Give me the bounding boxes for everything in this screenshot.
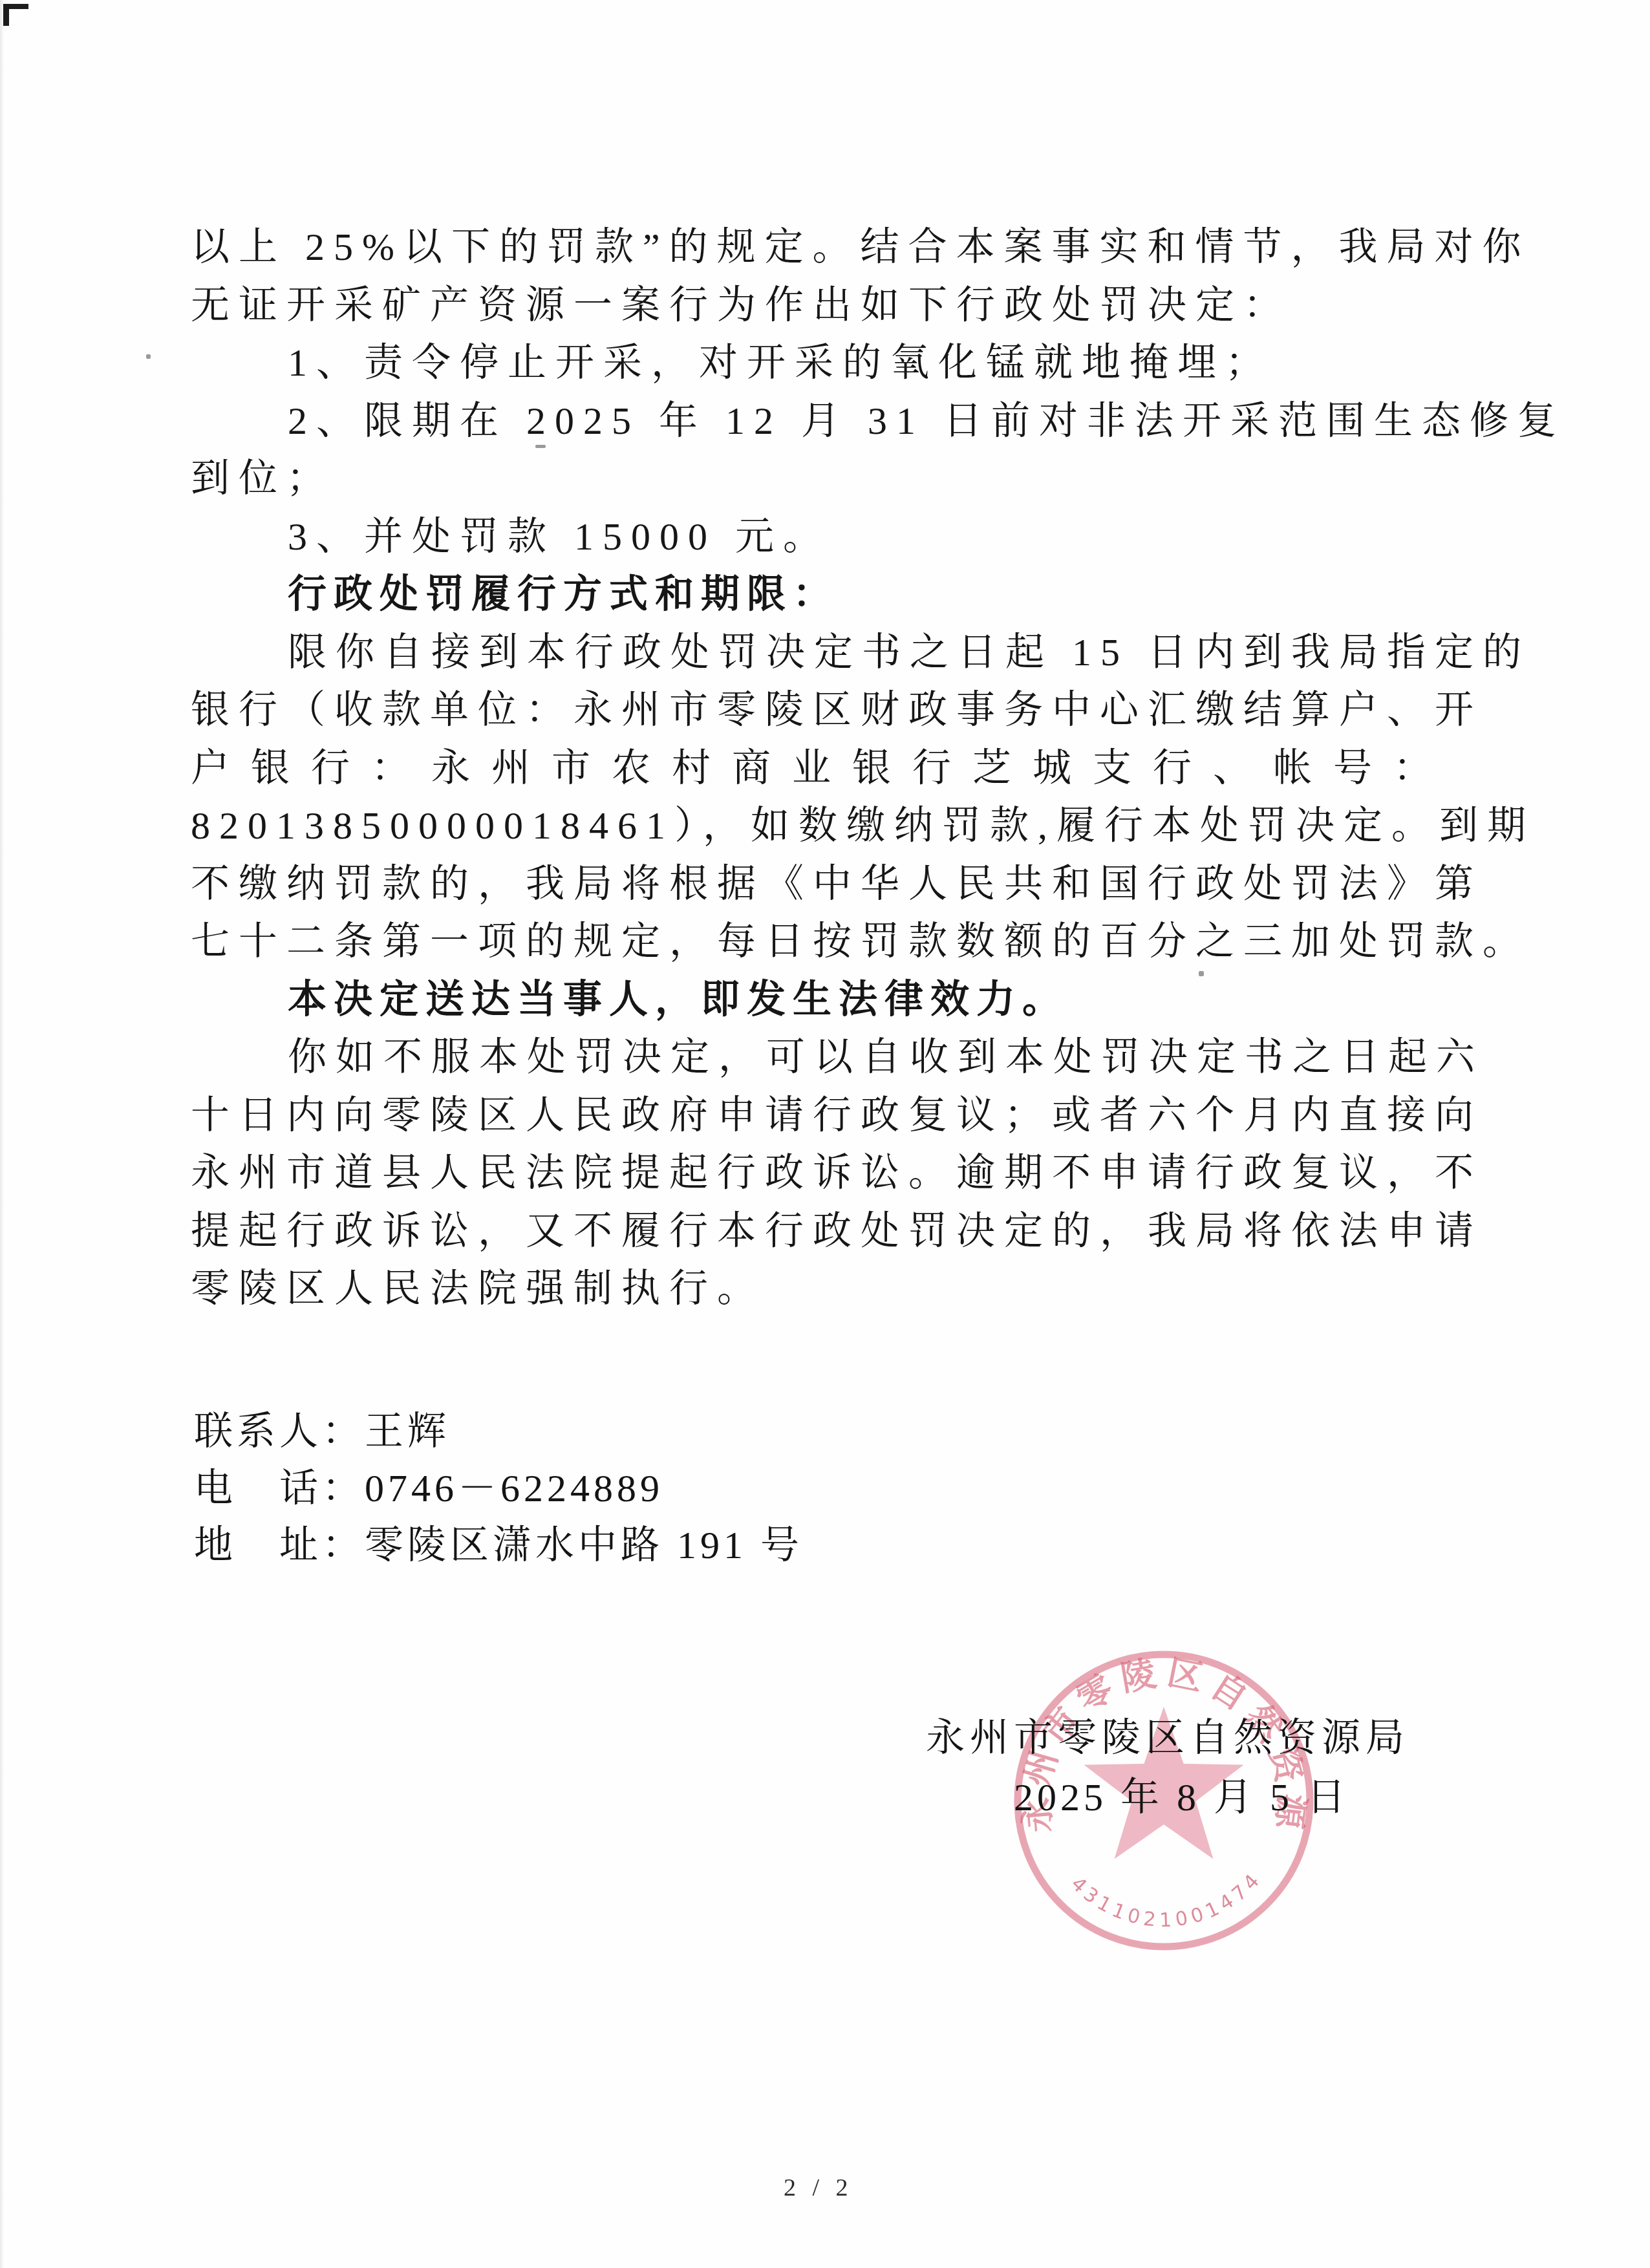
body-line: 零陵区人民法院强制执行。	[191, 1260, 1468, 1318]
body-line-bank-account: 户银行：永州市农村商业银行芝城支行、帐号：	[191, 740, 1468, 798]
body-line: 不缴纳罚款的，我局将根据《中华人民共和国行政处罚法》第	[191, 855, 1468, 914]
decision-body-text: 以上 25%以下的罚款”的规定。结合本案事实和情节，我局对你 无证开采矿产资源一…	[191, 219, 1468, 1318]
body-line: 银行（收款单位：永州市零陵区财政事务中心汇缴结算户、开	[191, 681, 1468, 740]
scan-edge-shadow	[0, 0, 4, 2268]
body-line: 无证开采矿产资源一案行为作出如下行政处罚决定：	[191, 277, 1468, 335]
body-line: 你如不服本处罚决定，可以自收到本处罚决定书之日起六	[191, 1029, 1468, 1087]
scanned-penalty-decision-page: { "document": { "body": { "lines": [ "以上…	[0, 0, 1650, 2268]
body-line-item-1: 1、责令停止开采，对开采的氧化锰就地掩埋；	[191, 334, 1468, 392]
contact-address: 地 址：零陵区潇水中路 191 号	[194, 1517, 803, 1574]
contact-block: 联系人：王辉 电 话：0746－6224889 地 址：零陵区潇水中路 191 …	[194, 1403, 803, 1574]
body-line-heading-effect: 本决定送达当事人，即发生法律效力。	[191, 971, 1468, 1029]
body-line: 到位；	[191, 450, 1468, 508]
body-line: 永州市道县人民法院提起行政诉讼。逾期不申请行政复议，不	[191, 1144, 1468, 1203]
body-line: 十日内向零陵区人民政府申请行政复议；或者六个月内直接向	[191, 1087, 1468, 1145]
body-line-item-2: 2、限期在 2025 年 12 月 31 日前对非法开采范围生态修复	[191, 392, 1468, 451]
page-number: 2 / 2	[784, 2174, 853, 2202]
contact-person: 联系人：王辉	[194, 1403, 803, 1460]
body-line: 七十二条第一项的规定，每日按罚款数额的百分之三加处罚款。	[191, 913, 1468, 971]
decision-date: 2025 年 8 月 5 日	[1014, 1766, 1349, 1822]
issuing-agency: 永州市零陵区自然资源局	[926, 1707, 1409, 1762]
body-line: 限你自接到本行政处罚决定书之日起 15 日内到我局指定的	[191, 624, 1468, 682]
body-line-heading-performance: 行政处罚履行方式和期限：	[191, 566, 1468, 624]
contact-phone: 电 话：0746－6224889	[194, 1460, 803, 1517]
body-line: 以上 25%以下的罚款”的规定。结合本案事实和情节，我局对你	[191, 219, 1468, 277]
body-line: 提起行政诉讼，又不履行本行政处罚决定的，我局将依法申请	[191, 1203, 1468, 1261]
body-line-item-3: 3、并处罚款 15000 元。	[191, 508, 1468, 566]
scan-speck	[146, 354, 151, 359]
scan-corner-artifact	[3, 4, 28, 26]
body-line: 82013850000018461），如数缴纳罚款,履行本处罚决定。到期	[191, 797, 1468, 855]
